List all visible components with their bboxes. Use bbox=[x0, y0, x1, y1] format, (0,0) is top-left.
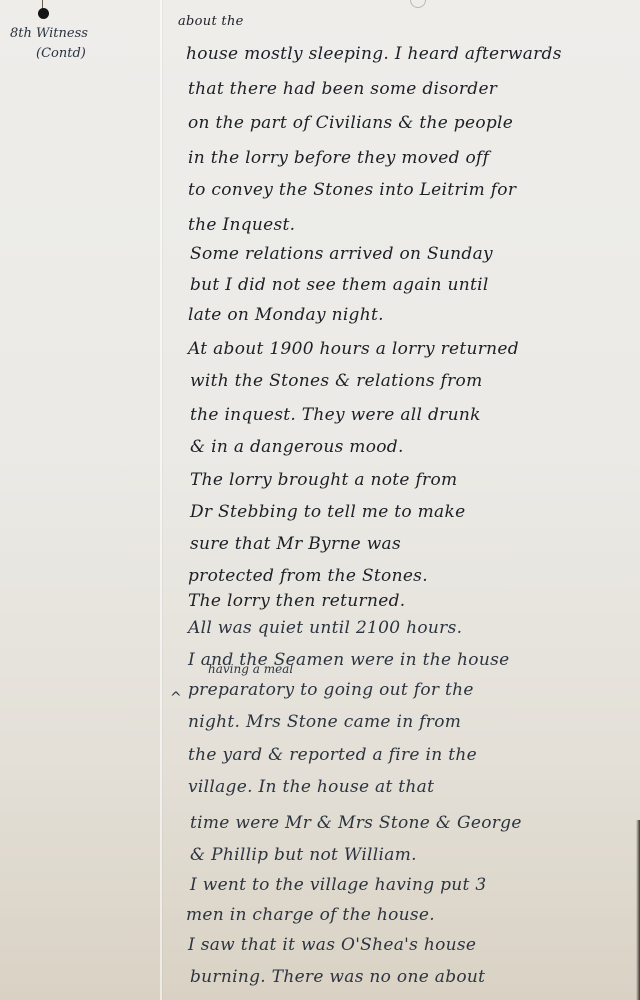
text-line: Some relations arrived on Sunday bbox=[190, 244, 493, 264]
text-line: I saw that it was O'Shea's house bbox=[188, 935, 476, 955]
text-line: I went to the village having put 3 bbox=[190, 875, 486, 895]
text-line: time were Mr & Mrs Stone & George bbox=[190, 813, 522, 833]
text-line: the inquest. They were all drunk bbox=[190, 405, 481, 425]
stamp-mark bbox=[410, 0, 426, 8]
margin-note-contd: (Contd) bbox=[8, 44, 148, 64]
text-line: the yard & reported a fire in the bbox=[188, 745, 477, 765]
manuscript-page: 8th Witness (Contd) about the house most… bbox=[0, 0, 640, 1000]
margin-note-witness: 8th Witness bbox=[8, 24, 148, 44]
page-edge-shadow bbox=[636, 820, 640, 1000]
insertion-caret-icon: ^ bbox=[170, 690, 182, 706]
punch-hole bbox=[38, 8, 49, 19]
text-line: house mostly sleeping. I heard afterward… bbox=[186, 44, 562, 64]
text-line: men in charge of the house. bbox=[186, 905, 435, 925]
text-line: sure that Mr Byrne was bbox=[190, 534, 401, 554]
text-line: late on Monday night. bbox=[188, 305, 384, 325]
text-line: but I did not see them again until bbox=[190, 275, 489, 295]
text-line: to convey the Stones into Leitrim for bbox=[188, 180, 516, 200]
page-fold-crease bbox=[160, 0, 162, 1000]
text-line: & in a dangerous mood. bbox=[190, 437, 404, 457]
text-line: The lorry then returned. bbox=[188, 591, 405, 611]
text-line: All was quiet until 2100 hours. bbox=[188, 618, 462, 638]
text-line: Dr Stebbing to tell me to make bbox=[190, 502, 465, 522]
text-line: in the lorry before they moved off bbox=[188, 148, 489, 168]
text-line: village. In the house at that bbox=[188, 777, 434, 797]
text-line: protected from the Stones. bbox=[188, 566, 428, 586]
text-line: preparatory to going out for the bbox=[188, 680, 474, 700]
text-line: & Phillip but not William. bbox=[190, 845, 417, 865]
interlinear-insertion: having a meal bbox=[208, 662, 293, 676]
text-line: The lorry brought a note from bbox=[190, 470, 457, 490]
margin-note: 8th Witness (Contd) bbox=[8, 24, 148, 64]
text-line: that there had been some disorder bbox=[188, 79, 497, 99]
text-line: At about 1900 hours a lorry returned bbox=[188, 339, 519, 359]
text-line: with the Stones & relations from bbox=[190, 371, 483, 391]
text-line: about the bbox=[178, 14, 244, 29]
text-line: the Inquest. bbox=[188, 215, 295, 235]
text-line: burning. There was no one about bbox=[190, 967, 485, 987]
text-line: on the part of Civilians & the people bbox=[188, 113, 513, 133]
text-line: night. Mrs Stone came in from bbox=[188, 712, 461, 732]
